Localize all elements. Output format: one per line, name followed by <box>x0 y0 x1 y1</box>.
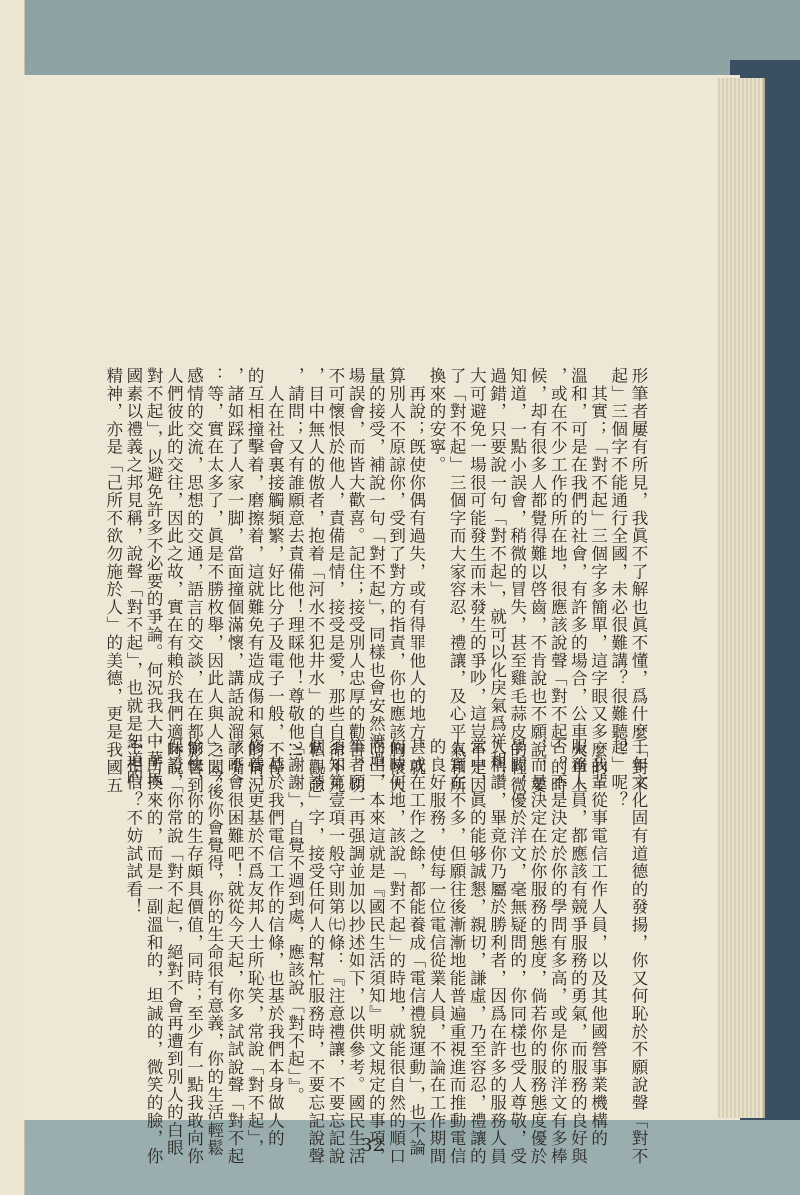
text-column: 了「對不起」三個字而大家容忍，禮讓，及心平氣和所 <box>446 367 466 692</box>
text-column: ，所換來的，而是一副溫和的，坦誠的，微笑的臉，你 <box>143 738 163 1068</box>
text-column: 須知第壹項一般守則第㈦條：『注意禮讓，不要忘記說 <box>325 738 345 1068</box>
text-column: 個「請」字，接受任何人的幫忙服務時，不要忘記說聲 <box>305 738 325 1068</box>
text-column: 再說；旣使你偶有過失，或有得罪他人的地方，就 <box>406 367 426 692</box>
text-column: ：等，實在太多了，眞是不勝枚舉，因此人與人之間， <box>204 367 224 692</box>
text-column: 愉快，你的生存頗具價值，同時；至少有一點我敢向你 <box>183 738 203 1068</box>
text-column: 國素以禮義之邦見稱，說聲「對不起」，也就是恕道的 <box>123 367 143 692</box>
text-column: 千年文化固有道德的發揚，你又何恥於不願說聲「對不 <box>628 738 648 1068</box>
text-column: 人稱讚，畢竟你乃屬於勝利者，因爲在許多的服務人員 <box>486 738 506 1068</box>
text-block-lower: 千年文化固有道德的發揚，你又何恥於不願說聲「對不起」呢？ 我輩從事電信工作人員，… <box>123 738 648 1068</box>
text-column: 過錯，只要說一句「對不起」，就可以化戾氣爲祥和， <box>486 367 506 692</box>
text-column: 對不起」，以避免許多不必要的爭論。何況我大中華民 <box>143 367 163 692</box>
text-column: 而出，本來這就是『國民生活須知』明文規定的事項， <box>365 738 385 1068</box>
text-column: 場誤會，而皆大歡喜。記住；接受別人忠厚的勸告，切 <box>345 367 365 692</box>
text-column: 基於我們電信工作的信條，也基於我們本身做人的 <box>264 738 284 1068</box>
text-column: 知道，一點小誤會，稍微的冒失，甚至雞毛蒜皮的輕微 <box>507 367 527 692</box>
previous-page-edge <box>0 0 25 1195</box>
text-column: 精神，亦是「己所不欲勿施於人」的美德，更是我國五 <box>103 367 123 692</box>
text-column: 修養，更基於不爲友邦人士所恥笑，常說「對不起」， <box>244 738 264 1068</box>
text-column: 筆者願一再强調並加以抄述如下，以供參考。國民生活 <box>345 738 365 1068</box>
text-column: 起」呢？ <box>608 738 628 1068</box>
text-column: 」，今後你會覺得，你的生命很有意義，你的生活輕鬆 <box>204 738 224 1068</box>
text-column: 不可懷恨於他人，責備是情，接受是愛，那些自命不凡 <box>325 367 345 692</box>
text-column: 學問，優於洋文，毫無疑問的，你同樣也受人尊敬，受 <box>507 738 527 1068</box>
text-column: 算別人不原諒你，受到了對方的指責，你也應該胸懷大 <box>385 367 405 692</box>
text-column: 服務人員，都應該有競爭服務的勇氣，而服務的良好與 <box>567 738 587 1068</box>
text-column: 的良好服務，使每一位電信從業人員，不論在工作期間 <box>426 738 446 1068</box>
text-column: ，而是決定在於你服務的態度，倘若你的服務態度優於 <box>527 738 547 1068</box>
text-column: ，目中無人的傲者，抱着「河水不犯井水」的自私觀念 <box>305 367 325 692</box>
text-column: 何時何地，該說「對不起」的時地，就能很自然的順口 <box>385 738 405 1068</box>
text-column: 該不會很困難吧！就從今天起，你多試試說聲「對不起 <box>224 738 244 1068</box>
text-column: 我輩從事電信工作人員，以及其他國營事業機構的 <box>587 738 607 1068</box>
text-column: 起」三個字不能通行全國，未必很難講？很難聽？ <box>608 367 628 692</box>
text-column: ，諸如踩了人家一脚，當面撞個滿懷，講話說溜了嘴： <box>224 367 244 692</box>
text-column: 候，却有很多人都覺得難以啓齒，不肯說也不願說，要 <box>527 367 547 692</box>
text-column: 量的接受，補說一句「對不起」，同樣也會安然渡過一 <box>365 367 385 692</box>
text-column: 人在社會裏接觸頻繁，好比分子及電子一般，不停 <box>264 367 284 692</box>
text-column: 甚或在工作之餘，都能養成「電信禮貌運動」，也不論 <box>406 738 426 1068</box>
text-column: 的互相撞擊着，磨擦着，這就難免有造成傷和氣的情況 <box>244 367 264 692</box>
book-page: 形筆者屢有所見，我眞不了解也眞不懂，爲什麼「對不起」三個字不能通行全國，未必很難… <box>24 75 740 1120</box>
text-column: 「謝謝」，自覺不週到處，應該說「對不起」』。 <box>284 738 304 1068</box>
text-column: ，請問；又有誰願意去責備他！理睬他！尊敬他?! <box>284 367 304 692</box>
page-stack-edge <box>718 78 765 1118</box>
text-column: 保證，你常說「對不起」，絕對不會再遭到別人的白眼 <box>163 738 183 1068</box>
text-block-upper: 形筆者屢有所見，我眞不了解也眞不懂，爲什麼「對不起」三個字不能通行全國，未必很難… <box>103 367 648 692</box>
text-column: 其實；「對不起」三個字多簡單，這字眼又多麼的 <box>587 367 607 692</box>
text-column: 形筆者屢有所見，我眞不了解也眞不懂，爲什麼「對不 <box>628 367 648 692</box>
text-column: 人實在不多，但願往後漸漸地能普遍重視進而推動電信 <box>446 738 466 1068</box>
text-column: 大可避免一場很可能發生而未發生的爭吵，這豈不是因 <box>466 367 486 692</box>
text-column: 人們彼此的交往，因此之故，實在有賴於我們適時說「 <box>163 367 183 692</box>
text-column: ，或在不少工作的所在地，很應該說聲「對不起」的時 <box>547 367 567 692</box>
page-number: 32 <box>361 1135 384 1156</box>
text-column: 溫和，可是在我們的社會，有許多的場合，公車火車上 <box>567 367 587 692</box>
text-column: 不相信？不妨試試看！ <box>123 738 143 1068</box>
text-column: 換來的安寧。 <box>426 367 446 692</box>
text-column: 感情的交流，思想的交通，語言的交談，在在都影響到 <box>183 367 203 692</box>
text-column: 否？不是決定於你的學問有多高，或是你的洋文有多棒 <box>547 738 567 1068</box>
text-column: 當中，眞的能够誠懇，親切，謙虛，乃至容忍，禮讓的 <box>466 738 486 1068</box>
